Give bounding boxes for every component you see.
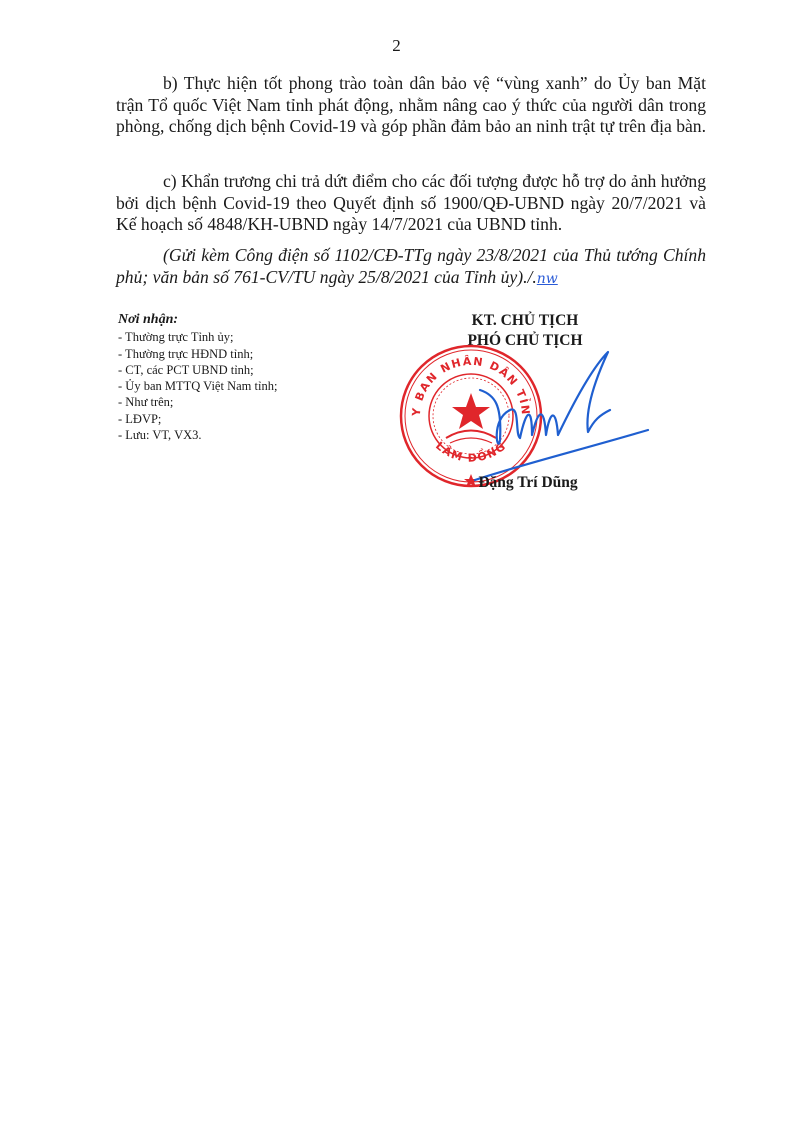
page-number: 2 xyxy=(0,36,793,56)
recipient-item: - LĐVP; xyxy=(118,411,277,427)
recipient-item: - Lưu: VT, VX3. xyxy=(118,427,277,443)
recipient-item: - CT, các PCT UBND tỉnh; xyxy=(118,362,277,378)
recipient-item: - Ủy ban MTTQ Việt Nam tỉnh; xyxy=(118,378,277,394)
paragraph-c: c) Khẩn trương chi trả dứt điểm cho các … xyxy=(116,171,706,236)
initials-mark: nw xyxy=(537,271,558,287)
signer-name: Đặng Trí Dũng xyxy=(438,474,618,492)
paragraph-b: b) Thực hiện tốt phong trào toàn dân bảo… xyxy=(116,73,706,138)
recipient-item: - Thường trực HĐND tỉnh; xyxy=(118,346,277,362)
attachment-note: (Gửi kèm Công điện số 1102/CĐ-TTg ngày 2… xyxy=(116,245,706,290)
recipients-title: Nơi nhận: xyxy=(118,312,277,328)
handwritten-signature-icon xyxy=(460,350,660,490)
recipient-item: - Thường trực Tỉnh ủy; xyxy=(118,329,277,345)
recipients-block: Nơi nhận: - Thường trực Tỉnh ủy; - Thườn… xyxy=(118,312,277,443)
recipient-item: - Như trên; xyxy=(118,394,277,410)
signer-title-line1: KT. CHỦ TỊCH xyxy=(420,311,630,331)
attachment-note-text: (Gửi kèm Công điện số 1102/CĐ-TTg ngày 2… xyxy=(116,245,706,287)
